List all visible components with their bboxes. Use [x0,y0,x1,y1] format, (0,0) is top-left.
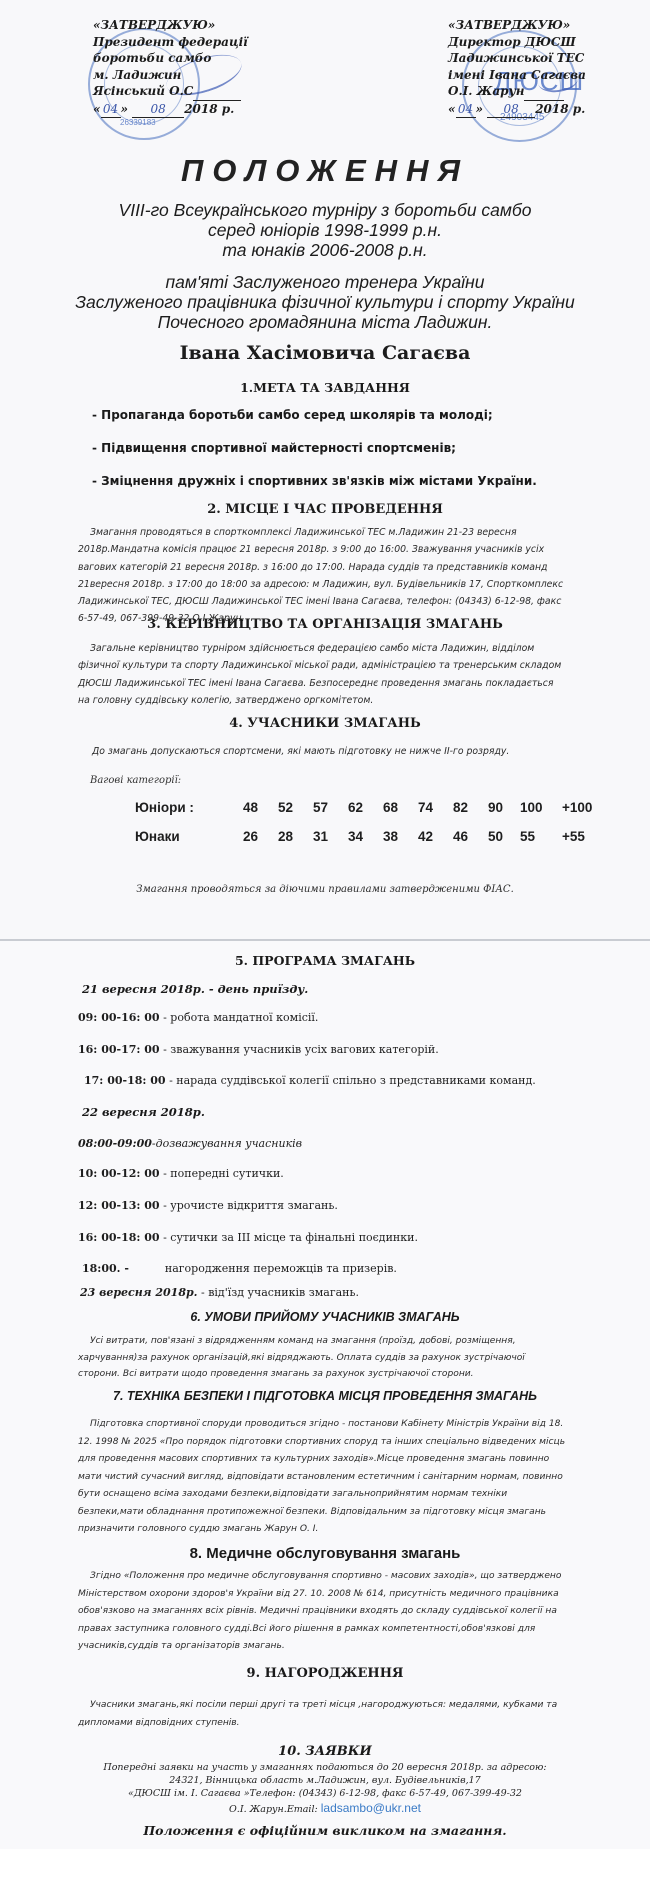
program-item: 12: 00-13: 00 - урочисте відкриття змага… [78,1199,338,1212]
weight-value: 52 [278,800,293,815]
weight-categories-label: Вагові категорії: [90,775,181,786]
program-item: 17: 00-18: 00 - нарада суддівської колег… [84,1074,536,1087]
approval-line: імені Івана Сагаєва [448,67,586,84]
program-day-2: 22 вересня 2018р. [82,1105,205,1119]
section-7-heading: 7. ТЕХНІКА БЕЗПЕКИ І ПІДГОТОВКА МІСЦЯ ПР… [0,1389,650,1403]
weight-value: 50 [488,829,503,844]
subtitle-line: Почесного громадянина міста Ладижин. [0,312,650,332]
goal-item: - Зміцнення дружніх і спортивних зв'язкі… [92,474,537,488]
subtitle-line: серед юніорів 1998-1999 р.н. [0,220,650,240]
approval-date-day: 04 [101,101,121,119]
approval-line: Президент федерації [93,34,248,51]
goal-item: - Пропаганда боротьби самбо серед школяр… [92,408,493,422]
weight-value: 48 [243,800,258,815]
weight-value: 46 [453,829,468,844]
weight-value: 68 [383,800,398,815]
weight-value: 42 [418,829,433,844]
section-9-text: Учасники змагань,які посіли перші другі … [78,1697,568,1732]
section-3-heading: 3. КЕРІВНИЦТВО ТА ОРГАНІЗАЦІЯ ЗМАГАНЬ [0,617,650,632]
section-9-heading: 9. НАГОРОДЖЕННЯ [0,1666,650,1681]
subtitle-line: та юнаків 2006-2008 р.н. [0,240,650,260]
section-1-heading: 1.МЕТА ТА ЗАВДАННЯ [0,380,650,395]
weight-value: 57 [313,800,328,815]
section-6-text: Усі витрати, пов'язані з відрядженням ко… [78,1333,568,1383]
approval-date-month: 08 [487,101,535,119]
approval-heading: «ЗАТВЕРДЖУЮ» [93,17,248,34]
applications-line: Попередні заявки на участь у змаганнях п… [0,1761,650,1774]
weight-group-label: Юніори : [135,800,194,815]
weight-value: 74 [418,800,433,815]
weight-value: 26 [243,829,258,844]
weight-value: 28 [278,829,293,844]
weight-value: 82 [453,800,468,815]
program-item: 18:00. -нагородження переможців та призе… [82,1262,397,1275]
applications-contact: О.І. Жарун.Email: ladsambo@ukr.net [0,1802,650,1816]
document-page-1 [0,0,650,940]
program-item: 09: 00-16: 00 - робота мандатної комісії… [78,1011,318,1024]
approval-block-left: «ЗАТВЕРДЖУЮ» Президент федерації боротьб… [93,17,248,118]
section-6-heading: 6. УМОВИ ПРИЙОМУ УЧАСНИКІВ ЗМАГАНЬ [0,1310,650,1324]
weight-value: 100 [520,800,543,815]
approval-date-day: 04 [456,101,476,119]
weight-value: 55 [520,829,535,844]
final-note: Положення є офіційним викликом на змаган… [0,1823,650,1838]
email-link[interactable]: ladsambo@ukr.net [321,1801,421,1815]
weight-value: 90 [488,800,503,815]
program-item: 10: 00-12: 00 - попередні сутички. [78,1167,284,1180]
section-2-heading: 2. МІСЦЕ І ЧАС ПРОВЕДЕННЯ [0,502,650,517]
section-8-heading: 8. Медичне обслуговування змагань [0,1545,650,1562]
approval-block-right: «ЗАТВЕРДЖУЮ» Директор ДЮСШ Ладижинської … [448,17,586,118]
subtitle-line: Заслуженого працівника фізичної культури… [0,292,650,312]
approval-line: боротьби самбо [93,50,248,67]
weight-value: +55 [562,829,585,844]
approval-date-month: 08 [132,101,184,119]
approval-line: Директор ДЮСШ [448,34,586,51]
stamp-left-code: 26339183 [120,118,156,127]
weight-group-label: Юнаки [135,829,180,844]
subtitle-line: пам'яті Заслуженого тренера України [0,272,650,292]
approval-signatory: Ясінський О.С [93,84,193,98]
weight-value: 62 [348,800,363,815]
approval-date-year: 2018 р. [535,102,585,116]
contact-prefix: О.І. Жарун.Email: [229,1804,321,1815]
section-5-heading: 5. ПРОГРАМА ЗМАГАНЬ [0,953,650,968]
weight-value: +100 [562,800,592,815]
rules-note: Змагання проводяться за діючими правилам… [0,884,650,895]
program-item: 16: 00-17: 00 - зважування учасників усі… [78,1043,439,1056]
document-title: ПОЛОЖЕННЯ [0,153,650,189]
approval-line: м. Ладижин [93,67,248,84]
section-8-text: Згідно «Положення про медичне обслуговув… [78,1568,568,1656]
section-2-text: Змагання проводяться в спорткомплексі Ла… [78,524,568,628]
program-item: 16: 00-18: 00 - сутички за ІІІ місце та … [78,1231,418,1244]
section-4-text: До змагань допускаються спортсмени, які … [92,743,572,760]
honoree-name: Івана Хасімовича Сагаєва [0,342,650,364]
program-item: 08:00-09:00-дозважування учасників [78,1137,302,1150]
program-day-1: 21 вересня 2018р. - день приїзду. [82,982,308,996]
section-3-text: Загальне керівництво турніром здійснюєть… [78,640,568,709]
weight-value: 38 [383,829,398,844]
bottom-margin [0,1849,650,1901]
approval-date-year: 2018 р. [184,102,234,116]
applications-address: 24321, Вінницька область м.Ладижин, вул.… [0,1774,650,1787]
weight-value: 31 [313,829,328,844]
applications-phone: «ДЮСШ ім. І. Сагаєва »Телефон: (04343) 6… [0,1787,650,1800]
approval-signatory: О.І. Жарун [448,84,524,98]
section-10-heading: 10. ЗАЯВКИ [0,1744,650,1759]
approval-line: Ладижинської ТЕС [448,50,586,67]
section-7-text: Підготовка спортивної споруди проводитьс… [78,1416,568,1539]
goal-item: - Підвищення спортивної майстерності спо… [92,441,456,455]
approval-heading: «ЗАТВЕРДЖУЮ» [448,17,586,34]
program-day-3: 23 вересня 2018р. - від'їзд учасників зм… [80,1286,359,1299]
subtitle-line: VIII-го Всеукраїнського турніру з бороть… [0,200,650,220]
section-4-heading: 4. УЧАСНИКИ ЗМАГАНЬ [0,716,650,731]
weight-value: 34 [348,829,363,844]
